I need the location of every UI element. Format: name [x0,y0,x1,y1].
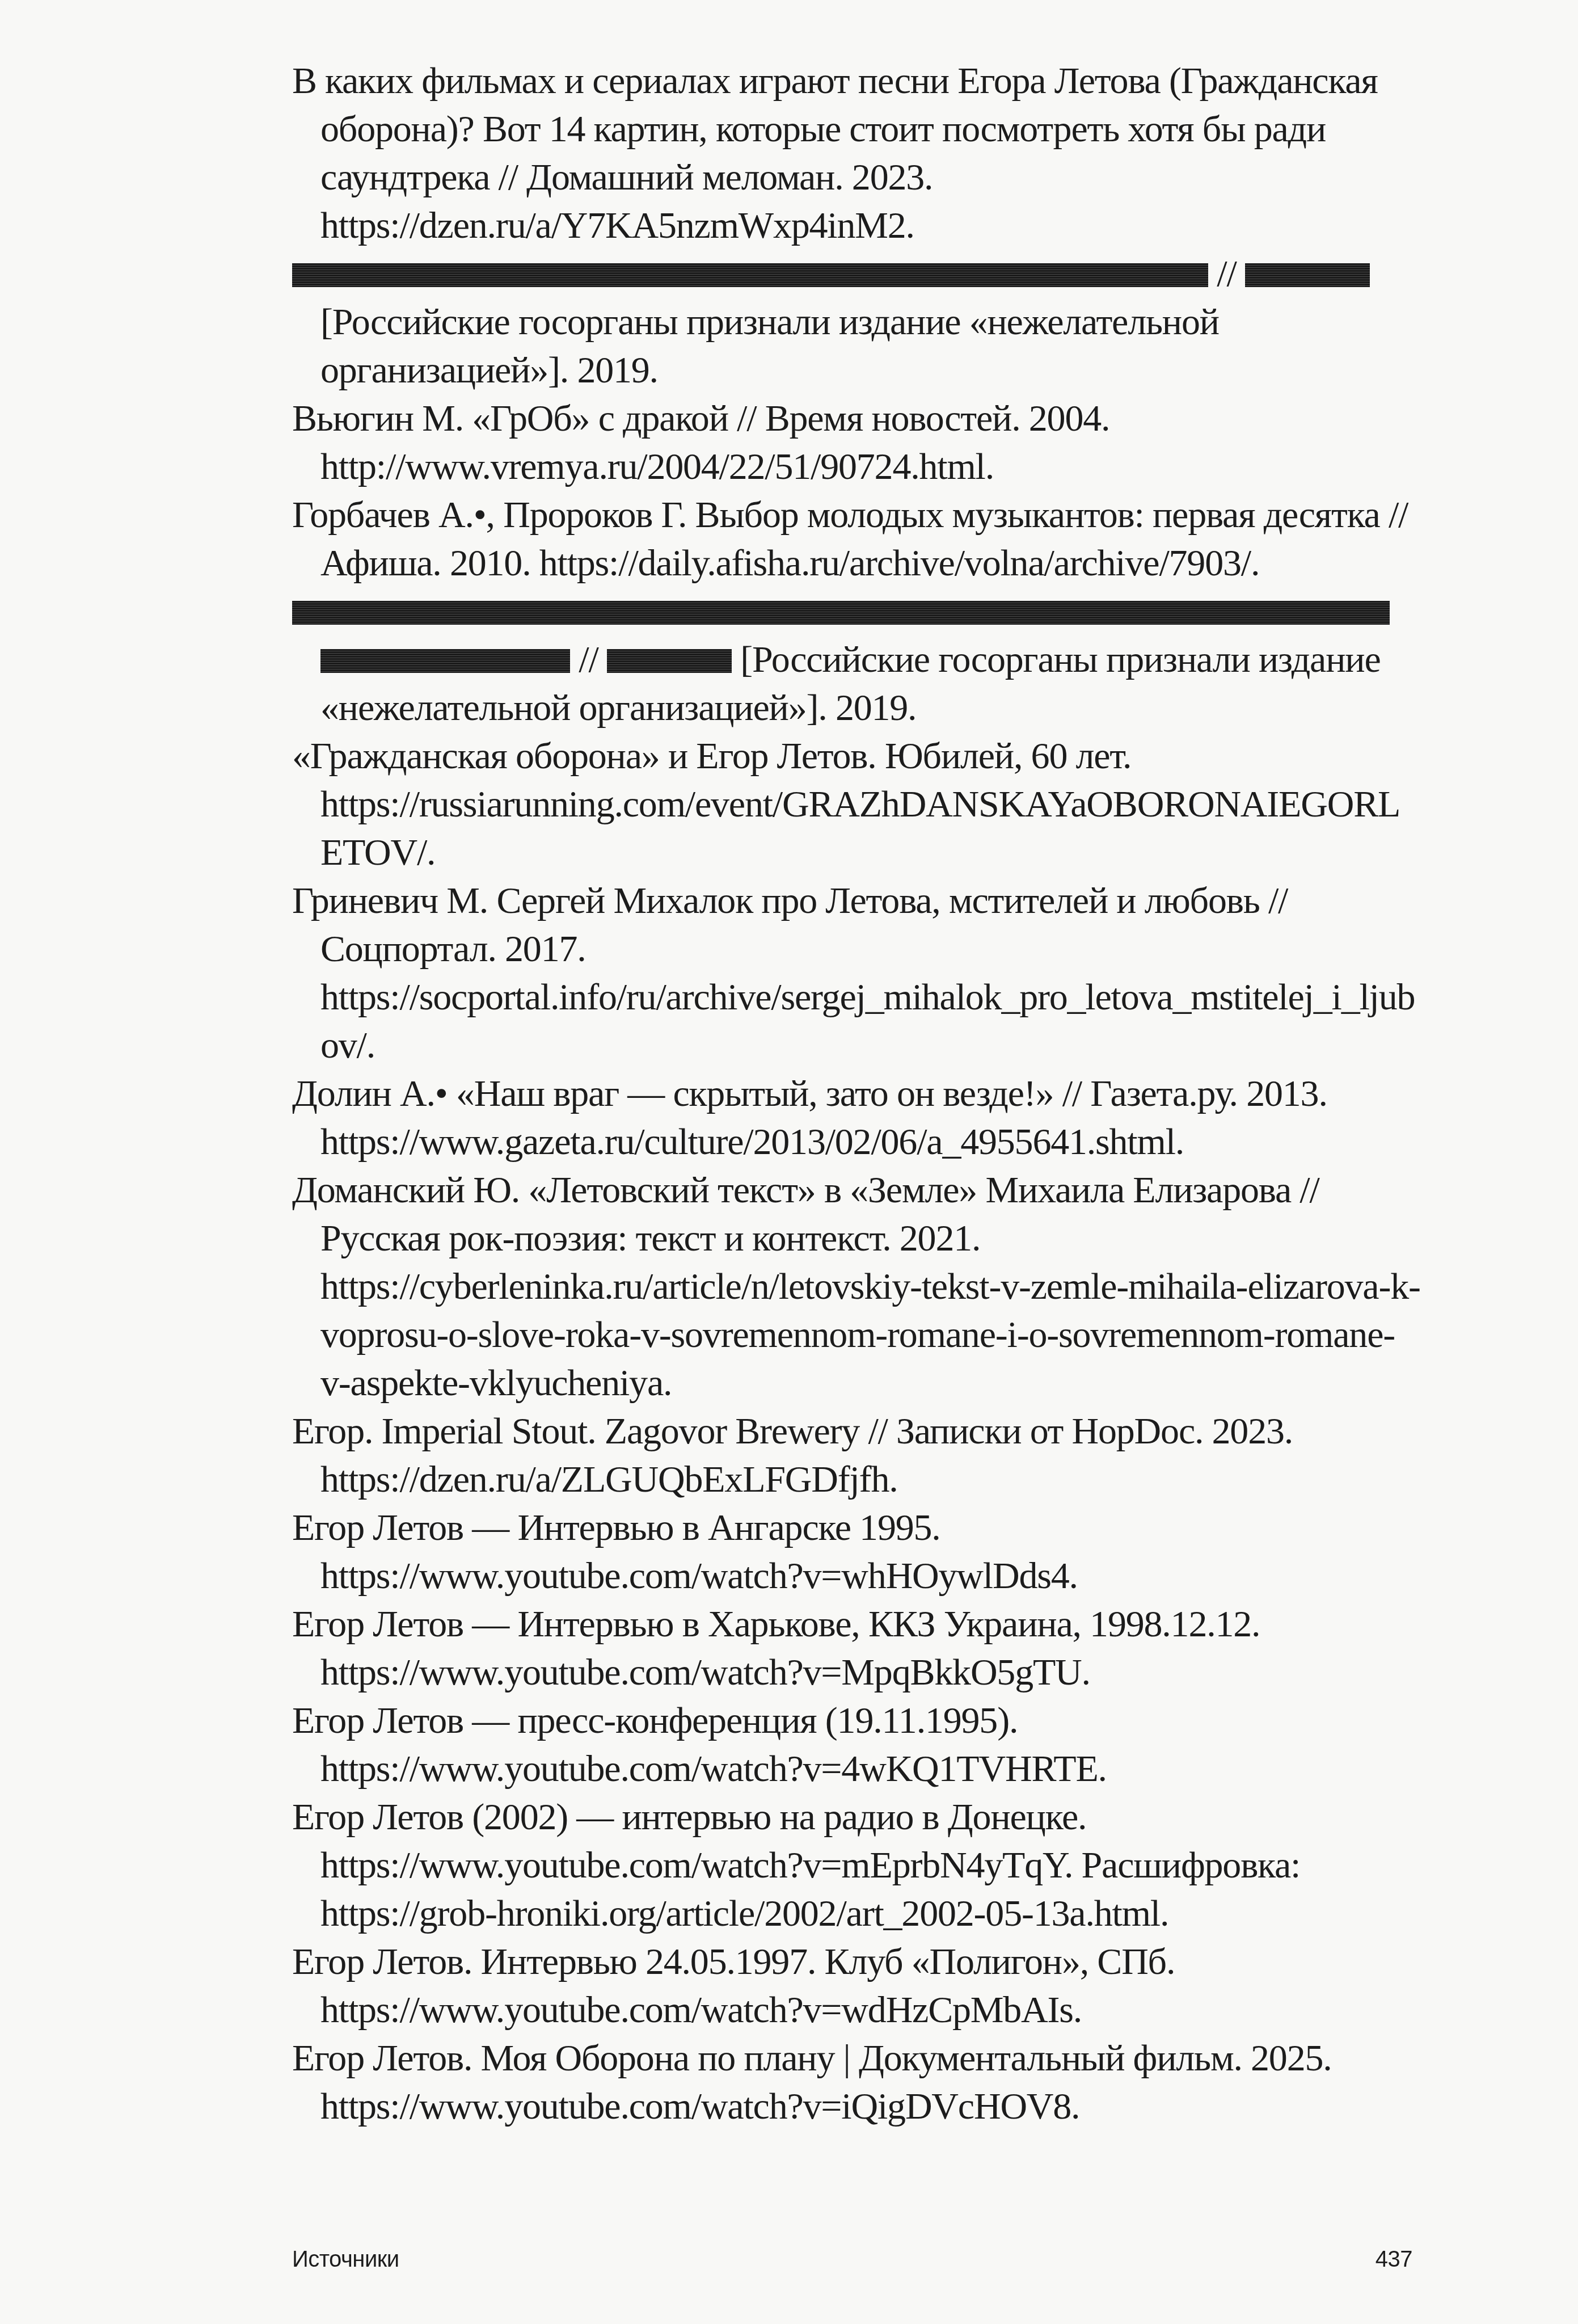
redaction-bar [607,649,732,673]
bibliography-entry: Егор Летов (2002) — интервью на радио в … [292,1793,1421,1938]
bibliography-entry: Егор Летов — Интервью в Ангарске 1995. h… [292,1504,1421,1600]
bibliography-entry: Вьюгин М. «ГрОб» с дракой // Время новос… [292,394,1421,491]
page-number: 437 [1376,2247,1412,2272]
bibliography-entry: Егор Летов. Моя Оборона по плану | Докум… [292,2034,1421,2131]
redaction-bar [292,263,1208,287]
bibliography-entry: Егор Летов. Интервью 24.05.1997. Клуб «П… [292,1938,1421,2034]
bibliography-entry: «Гражданская оборона» и Егор Летов. Юбил… [292,732,1421,877]
entry-tail: [Российские госорганы признали издание «… [320,301,1219,391]
bibliography-entry: Гриневич М. Сергей Михалок про Летова, м… [292,877,1421,1070]
bibliography-entry: В каких фильмах и сериалах играют песни … [292,57,1421,250]
redaction-bar [292,601,1390,625]
bibliography-entry-redacted: // [Российские госорганы признали издани… [292,587,1421,732]
redaction-bar [320,649,570,673]
bibliography-entry-redacted: // [Российские госорганы признали издани… [292,250,1421,394]
bibliography-list: В каких фильмах и сериалах играют песни … [292,57,1421,2131]
bibliography-entry: Егор Летов — пресс-конференция (19.11.19… [292,1696,1421,1793]
redaction-bar [1245,263,1370,287]
running-section-title: Источники [292,2247,399,2272]
bibliography-entry: Егор Летов — Интервью в Харькове, ККЗ Ук… [292,1600,1421,1696]
bibliography-entry: Горбачев А.•, Пророков Г. Выбор молодых … [292,491,1421,587]
bibliography-entry: Долин А.• «Наш враг — скрытый, зато он в… [292,1070,1421,1166]
bibliography-entry: Егор. Imperial Stout. Zagovor Brewery //… [292,1407,1421,1504]
bibliography-entry: Доманский Ю. «Летовский текст» в «Земле»… [292,1166,1421,1407]
page-footer: Источники 437 [292,2247,1412,2272]
